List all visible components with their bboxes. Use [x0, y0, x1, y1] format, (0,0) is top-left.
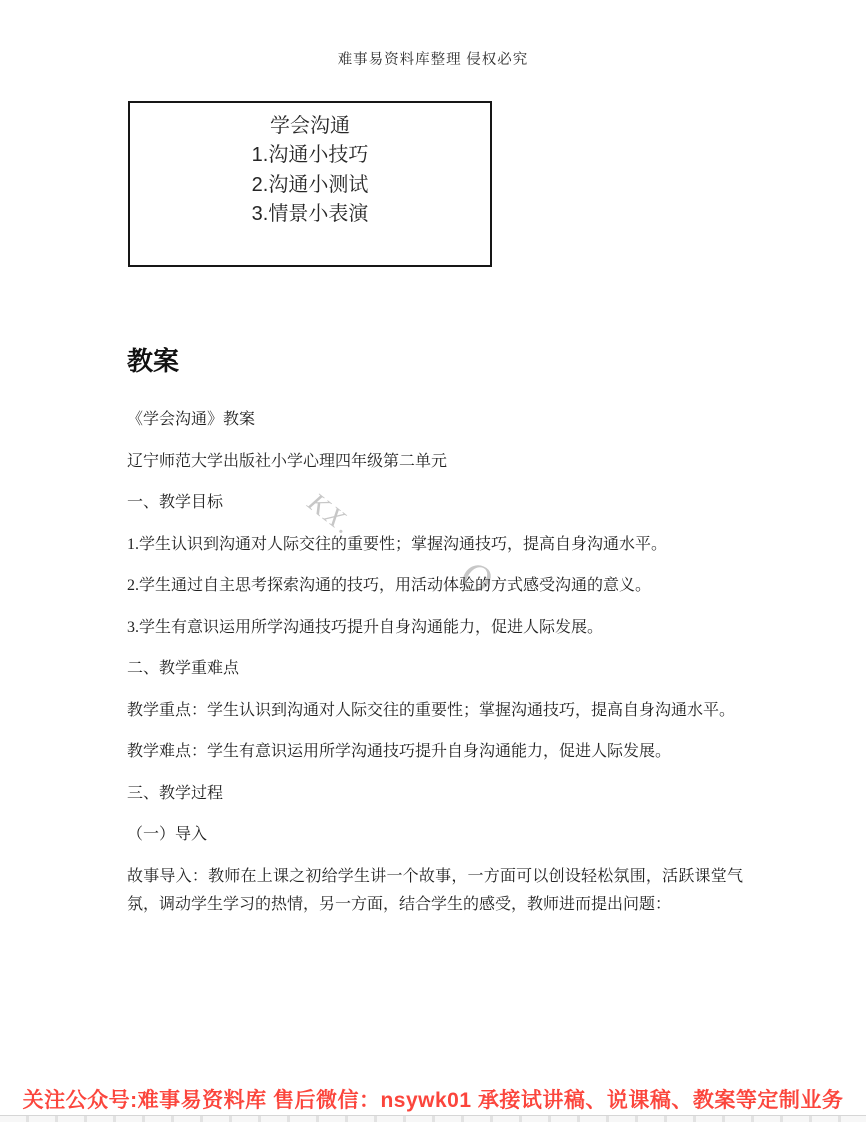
- outline-box-item: 1.沟通小技巧: [252, 141, 369, 171]
- document-paragraph: 三、教学过程: [127, 780, 743, 808]
- document-title: 教案: [127, 344, 743, 380]
- outline-box-item: 2.沟通小测试: [252, 171, 369, 201]
- document-paragraph: 2.学生通过自主思考探索沟通的技巧，用活动体验的方式感受沟通的意义。: [127, 572, 743, 600]
- document-paragraph: 3.学生有意识运用所学沟通技巧提升自身沟通能力，促进人际发展。: [127, 614, 743, 642]
- outline-box-title: 学会沟通: [130, 112, 490, 141]
- document-paragraphs: 《学会沟通》教案辽宁师范大学出版社小学心理四年级第二单元一、教学目标1.学生认识…: [127, 406, 743, 919]
- promo-banner: 关注公众号:难事易资料库 售后微信：nsywk01 承接试讲稿、说课稿、教案等定…: [0, 1084, 866, 1114]
- document-body: 教案 《学会沟通》教案辽宁师范大学出版社小学心理四年级第二单元一、教学目标1.学…: [127, 344, 743, 932]
- document-page: 难事易资料库整理 侵权必究 学会沟通 1.沟通小技巧2.沟通小测试3.情景小表演…: [0, 0, 866, 1122]
- document-paragraph: 二、教学重难点: [127, 655, 743, 683]
- document-paragraph: （一）导入: [127, 821, 743, 849]
- outline-box-item: 3.情景小表演: [252, 200, 369, 230]
- document-paragraph: 一、教学目标: [127, 489, 743, 517]
- lesson-outline-box: 学会沟通 1.沟通小技巧2.沟通小测试3.情景小表演: [128, 101, 492, 267]
- document-paragraph: 1.学生认识到沟通对人际交往的重要性；掌握沟通技巧，提高自身沟通水平。: [127, 531, 743, 559]
- document-paragraph: 辽宁师范大学出版社小学心理四年级第二单元: [127, 448, 743, 476]
- outline-box-items: 1.沟通小技巧2.沟通小测试3.情景小表演: [252, 141, 369, 230]
- document-paragraph: 《学会沟通》教案: [127, 406, 743, 434]
- document-paragraph: 故事导入：教师在上课之初给学生讲一个故事，一方面可以创设轻松氛围，活跃课堂气氛，…: [127, 863, 743, 919]
- document-paragraph: 教学难点：学生有意识运用所学沟通技巧提升自身沟通能力，促进人际发展。: [127, 738, 743, 766]
- bottom-edge-strip: [0, 1115, 866, 1122]
- document-paragraph: 教学重点：学生认识到沟通对人际交往的重要性；掌握沟通技巧，提高自身沟通水平。: [127, 697, 743, 725]
- page-header-note: 难事易资料库整理 侵权必究: [0, 48, 866, 69]
